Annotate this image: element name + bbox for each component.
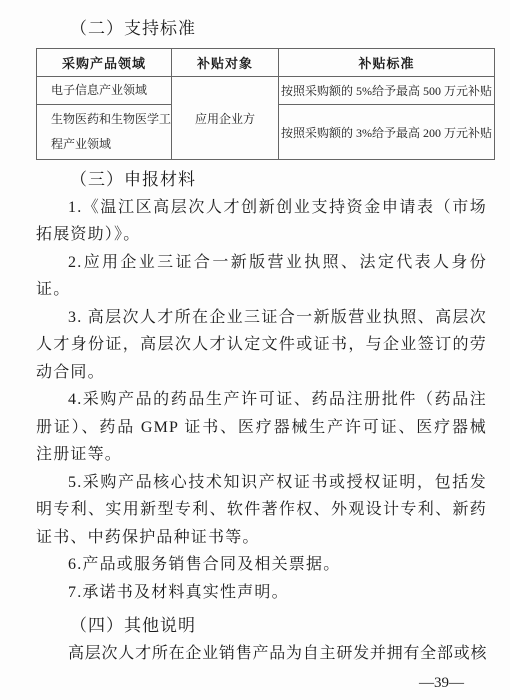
material-item: 4.采购产品的药品生产许可证、药品注册批件（药品注册证）、药品 GMP 证书、医… — [36, 386, 487, 469]
material-item: 7.承诺书及材料真实性声明。 — [36, 579, 487, 607]
subsidy-standard-cell: 按照采购额的 5%给予最高 500 万元补贴 — [279, 77, 495, 105]
material-item: 2.应用企业三证合一新版营业执照、法定代表人身份证。 — [36, 249, 487, 304]
subsidy-standard-cell: 按照采购额的 3%给予最高 200 万元补贴 — [279, 105, 495, 160]
subsidy-table: 采购产品领域 补贴对象 补贴标准 电子信息产业领域 应用企业方 按照采购额的 5… — [36, 48, 495, 160]
document-page: （二）支持标准 采购产品领域 补贴对象 补贴标准 电子信息产业领域 应用企业方 … — [0, 0, 510, 700]
column-header-subsidy-target: 补贴对象 — [172, 49, 279, 77]
section-other-heading: （四）其他说明 — [36, 612, 487, 640]
section-support-heading: （二）支持标准 — [36, 16, 487, 42]
material-item: 5.采购产品核心技术知识产权证书或授权证明，包括发明专利、实用新型专利、软件著作… — [36, 469, 487, 552]
table-header-row: 采购产品领域 补贴对象 补贴标准 — [37, 49, 495, 77]
column-header-product-field: 采购产品领域 — [37, 49, 172, 77]
section-materials-heading: （三）申报材料 — [36, 166, 487, 194]
table-row: 电子信息产业领域 应用企业方 按照采购额的 5%给予最高 500 万元补贴 — [37, 77, 495, 105]
material-item: 1.《温江区高层次人才创新创业支持资金申请表（市场拓展资助）》。 — [36, 194, 487, 249]
column-header-subsidy-standard: 补贴标准 — [279, 49, 495, 77]
subsidy-target-cell: 应用企业方 — [172, 77, 279, 160]
product-field-cell: 电子信息产业领域 — [37, 77, 172, 105]
product-field-cell: 生物医药和生物医学工程产业领域 — [37, 105, 172, 160]
page-number: —39— — [419, 675, 464, 692]
material-item: 6.产品或服务销售合同及相关票据。 — [36, 551, 487, 579]
material-item: 3. 高层次人才所在企业三证合一新版营业执照、高层次人才身份证，高层次人才认定文… — [36, 304, 487, 387]
other-note-paragraph: 高层次人才所在企业销售产品为自主研发并拥有全部或核 — [36, 640, 487, 668]
